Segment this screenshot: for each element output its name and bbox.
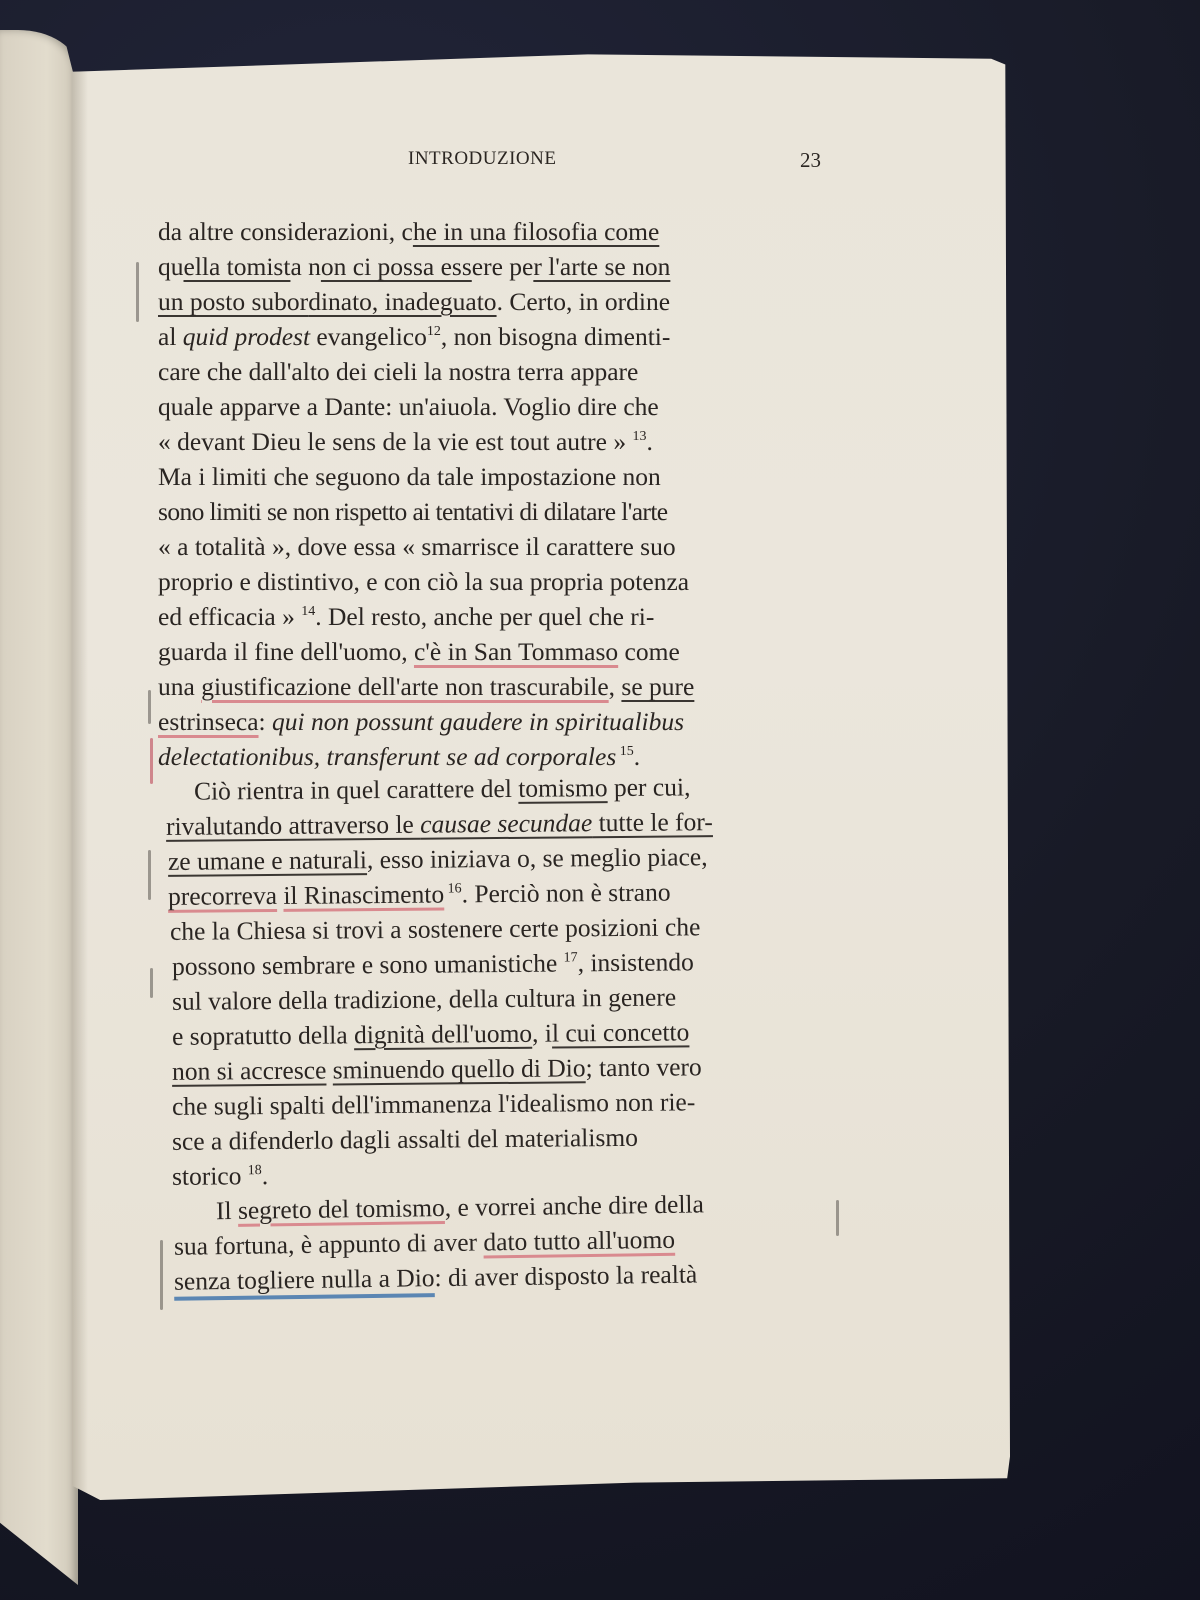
margin-bracket-mark xyxy=(148,850,151,900)
footnote-ref: 18 xyxy=(248,1163,262,1178)
page-number: 23 xyxy=(800,148,821,173)
footnote-ref: 14 xyxy=(301,604,315,619)
footnote-ref: 16 xyxy=(444,881,462,896)
text-line: care che dall'alto dei cieli la nostra t… xyxy=(158,354,893,389)
text-line: sono limiti se non rispetto ai tentativi… xyxy=(158,494,893,529)
margin-bar-mark xyxy=(148,690,151,724)
text-line: una giustificazione dell'arte non trascu… xyxy=(158,669,893,704)
margin-bar-mark xyxy=(160,1240,163,1310)
text-line: Ma i limiti che seguono da tale impostaz… xyxy=(158,459,893,494)
text-line: un posto subordinato, inadeguato. Certo,… xyxy=(158,284,893,319)
text-line: ed efficacia » 14. Del resto, anche per … xyxy=(158,599,893,634)
margin-bar-mark xyxy=(836,1200,839,1236)
margin-bar-mark xyxy=(150,968,153,998)
text-line: « devant Dieu le sens de la vie est tout… xyxy=(158,424,893,459)
footnote-ref: 12 xyxy=(427,324,441,339)
section-title: INTRODUZIONE xyxy=(408,148,556,170)
margin-bar-mark-red xyxy=(150,738,153,784)
text-line: al quid prodest evangelico12, non bisogn… xyxy=(158,319,893,354)
footnote-ref: 13 xyxy=(632,429,646,444)
footnote-ref: 17 xyxy=(564,950,578,965)
body-text: da altre considerazioni, che in una filo… xyxy=(158,214,893,1299)
text-line: guarda il fine dell'uomo, c'è in San Tom… xyxy=(158,634,893,669)
facing-page-edge xyxy=(0,30,78,1585)
text-line: estrinseca: qui non possunt gaudere in s… xyxy=(158,704,893,739)
text-line: da altre considerazioni, che in una filo… xyxy=(158,214,893,249)
text-line: quale apparve a Dante: un'aiuola. Voglio… xyxy=(158,389,893,424)
margin-bracket-mark xyxy=(136,262,139,322)
running-head: INTRODUZIONE 23 xyxy=(72,148,1010,178)
text-line: « a totalità », dove essa « smarrisce il… xyxy=(158,529,893,564)
footnote-ref: 15 xyxy=(616,744,634,759)
text-line: proprio e distintivo, e con ciò la sua p… xyxy=(158,564,893,599)
text-line: quella tomista non ci possa essere per l… xyxy=(158,249,893,284)
book-page: INTRODUZIONE 23 da altre considerazioni,… xyxy=(72,50,1010,1500)
